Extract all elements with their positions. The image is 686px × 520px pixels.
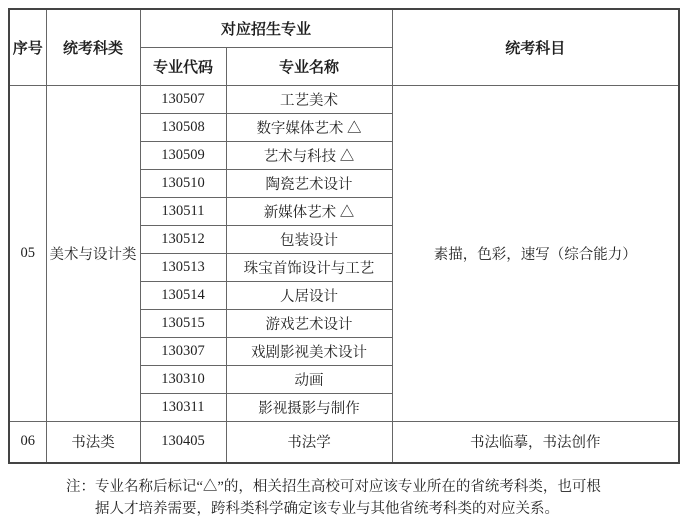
cell-major-name: 游戏艺术设计	[226, 309, 392, 337]
cell-major-name: 艺术与科技 △	[226, 141, 392, 169]
cell-major-code: 130512	[140, 225, 226, 253]
cell-major-code: 130405	[140, 421, 226, 463]
cell-major-code: 130311	[140, 393, 226, 421]
cell-major-code: 130513	[140, 253, 226, 281]
cell-major-name: 人居设计	[226, 281, 392, 309]
cell-subjects: 素描，色彩，速写（综合能力）	[392, 85, 679, 421]
cell-major-name: 影视摄影与制作	[226, 393, 392, 421]
cell-category: 书法类	[46, 421, 140, 463]
header-category: 统考科类	[46, 9, 140, 85]
header-row-1: 序号 统考科类 对应招生专业 统考科目	[9, 9, 679, 47]
cell-major-name: 新媒体艺术 △	[226, 197, 392, 225]
footnote-text: 专业名称后标记“△”的，相关招生高校可对应该专业所在的省统考科类，也可根 据人才…	[95, 476, 666, 520]
cell-major-name: 珠宝首饰设计与工艺	[226, 253, 392, 281]
footnote: 注： 专业名称后标记“△”的，相关招生高校可对应该专业所在的省统考科类，也可根 …	[66, 476, 666, 520]
footnote-line-2: 据人才培养需要，跨科类科学确定该专业与其他省统考科类的对应关系。	[95, 498, 666, 520]
cell-major-code: 130507	[140, 85, 226, 113]
cell-major-name: 工艺美术	[226, 85, 392, 113]
cell-major-code: 130307	[140, 337, 226, 365]
page: 序号 统考科类 对应招生专业 统考科目 专业代码 专业名称 05 美术与设计类 …	[0, 0, 686, 520]
cell-major-code: 130515	[140, 309, 226, 337]
cell-major-name: 动画	[226, 365, 392, 393]
cell-serial: 06	[9, 421, 46, 463]
header-serial: 序号	[9, 9, 46, 85]
header-majors-group: 对应招生专业	[140, 9, 392, 47]
header-major-name: 专业名称	[226, 47, 392, 85]
footnote-line-1: 专业名称后标记“△”的，相关招生高校可对应该专业所在的省统考科类，也可根	[95, 476, 666, 498]
cell-major-name: 包装设计	[226, 225, 392, 253]
cell-major-code: 130511	[140, 197, 226, 225]
header-subjects: 统考科目	[392, 9, 679, 85]
table-row: 05 美术与设计类 130507 工艺美术 素描，色彩，速写（综合能力）	[9, 85, 679, 113]
footnote-label: 注：	[66, 476, 95, 520]
cell-major-name: 书法学	[226, 421, 392, 463]
cell-major-code: 130508	[140, 113, 226, 141]
cell-major-name: 戏剧影视美术设计	[226, 337, 392, 365]
majors-table: 序号 统考科类 对应招生专业 统考科目 专业代码 专业名称 05 美术与设计类 …	[8, 8, 680, 464]
cell-major-code: 130310	[140, 365, 226, 393]
cell-serial: 05	[9, 85, 46, 421]
table-row: 06 书法类 130405 书法学 书法临摹，书法创作	[9, 421, 679, 463]
cell-major-name: 数字媒体艺术 △	[226, 113, 392, 141]
cell-major-code: 130514	[140, 281, 226, 309]
cell-category: 美术与设计类	[46, 85, 140, 421]
cell-major-code: 130510	[140, 169, 226, 197]
cell-major-name: 陶瓷艺术设计	[226, 169, 392, 197]
cell-major-code: 130509	[140, 141, 226, 169]
cell-subjects: 书法临摹，书法创作	[392, 421, 679, 463]
header-major-code: 专业代码	[140, 47, 226, 85]
